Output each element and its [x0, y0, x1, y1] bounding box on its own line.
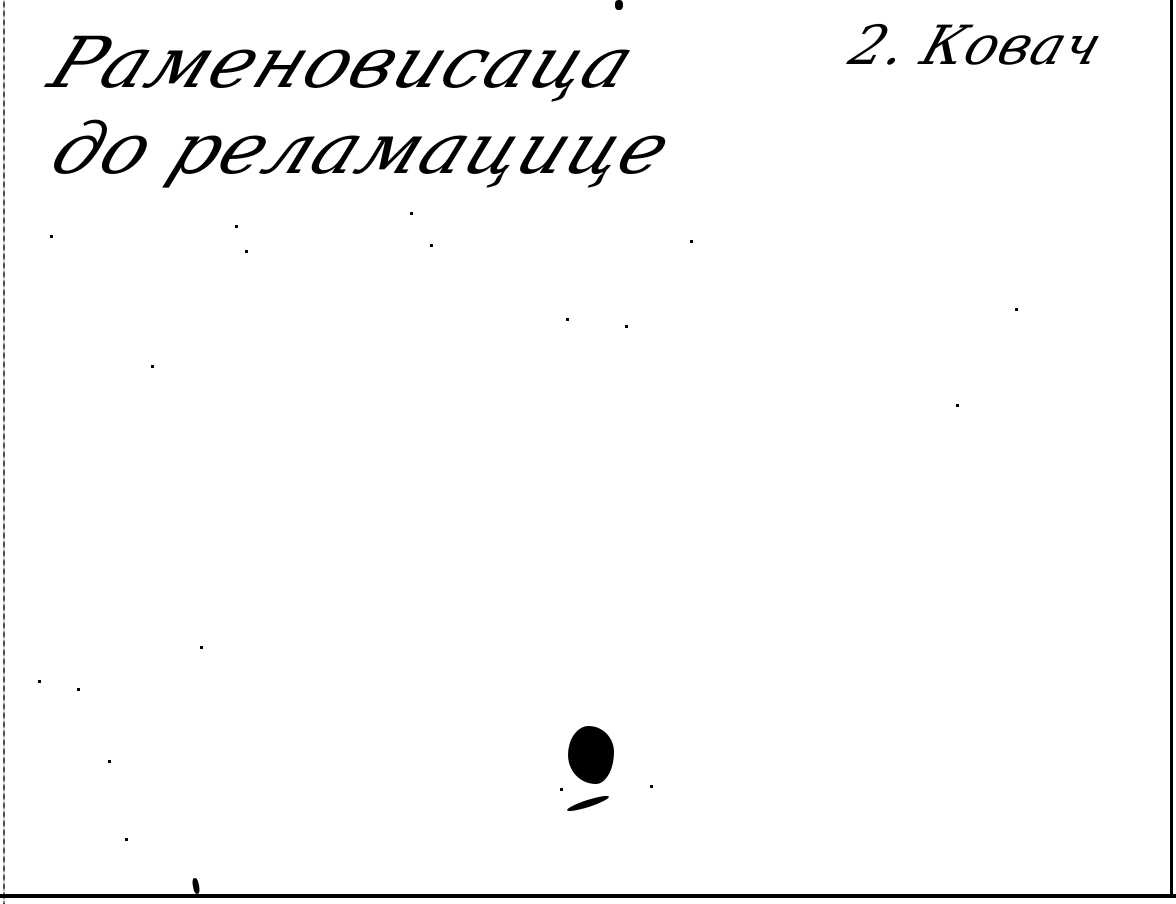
ink-mark-top	[615, 0, 623, 10]
scan-speck	[235, 225, 238, 228]
scan-speck	[690, 240, 693, 243]
ink-streak	[566, 793, 610, 813]
scan-speck	[38, 680, 41, 683]
scan-speck	[50, 235, 53, 238]
scan-speck	[430, 244, 433, 247]
card-edge-bottom	[0, 894, 1176, 898]
scan-speck	[77, 688, 80, 691]
scan-speck	[108, 760, 111, 763]
ink-blot	[568, 726, 614, 784]
scan-speck	[625, 325, 628, 328]
card-edge-right	[1170, 0, 1173, 896]
scan-speck	[1015, 308, 1018, 311]
scan-speck	[410, 212, 413, 215]
scan-speck	[560, 788, 563, 791]
scan-speck	[245, 250, 248, 253]
handwritten-line-2: до реламацице	[40, 108, 684, 190]
index-card: Раменовисаца до реламацице 2. Ковач	[0, 0, 1176, 904]
ink-mark-bottom	[192, 878, 201, 895]
scan-speck	[650, 785, 653, 788]
scan-edge-left	[3, 0, 5, 904]
scan-speck	[200, 646, 203, 649]
scan-speck	[125, 838, 128, 841]
handwritten-line-1: Раменовисаца	[38, 22, 647, 104]
card-number-label: 2. Ковач	[842, 14, 1111, 77]
scan-speck	[566, 318, 569, 321]
scan-speck	[151, 365, 154, 368]
scan-speck	[956, 404, 959, 407]
